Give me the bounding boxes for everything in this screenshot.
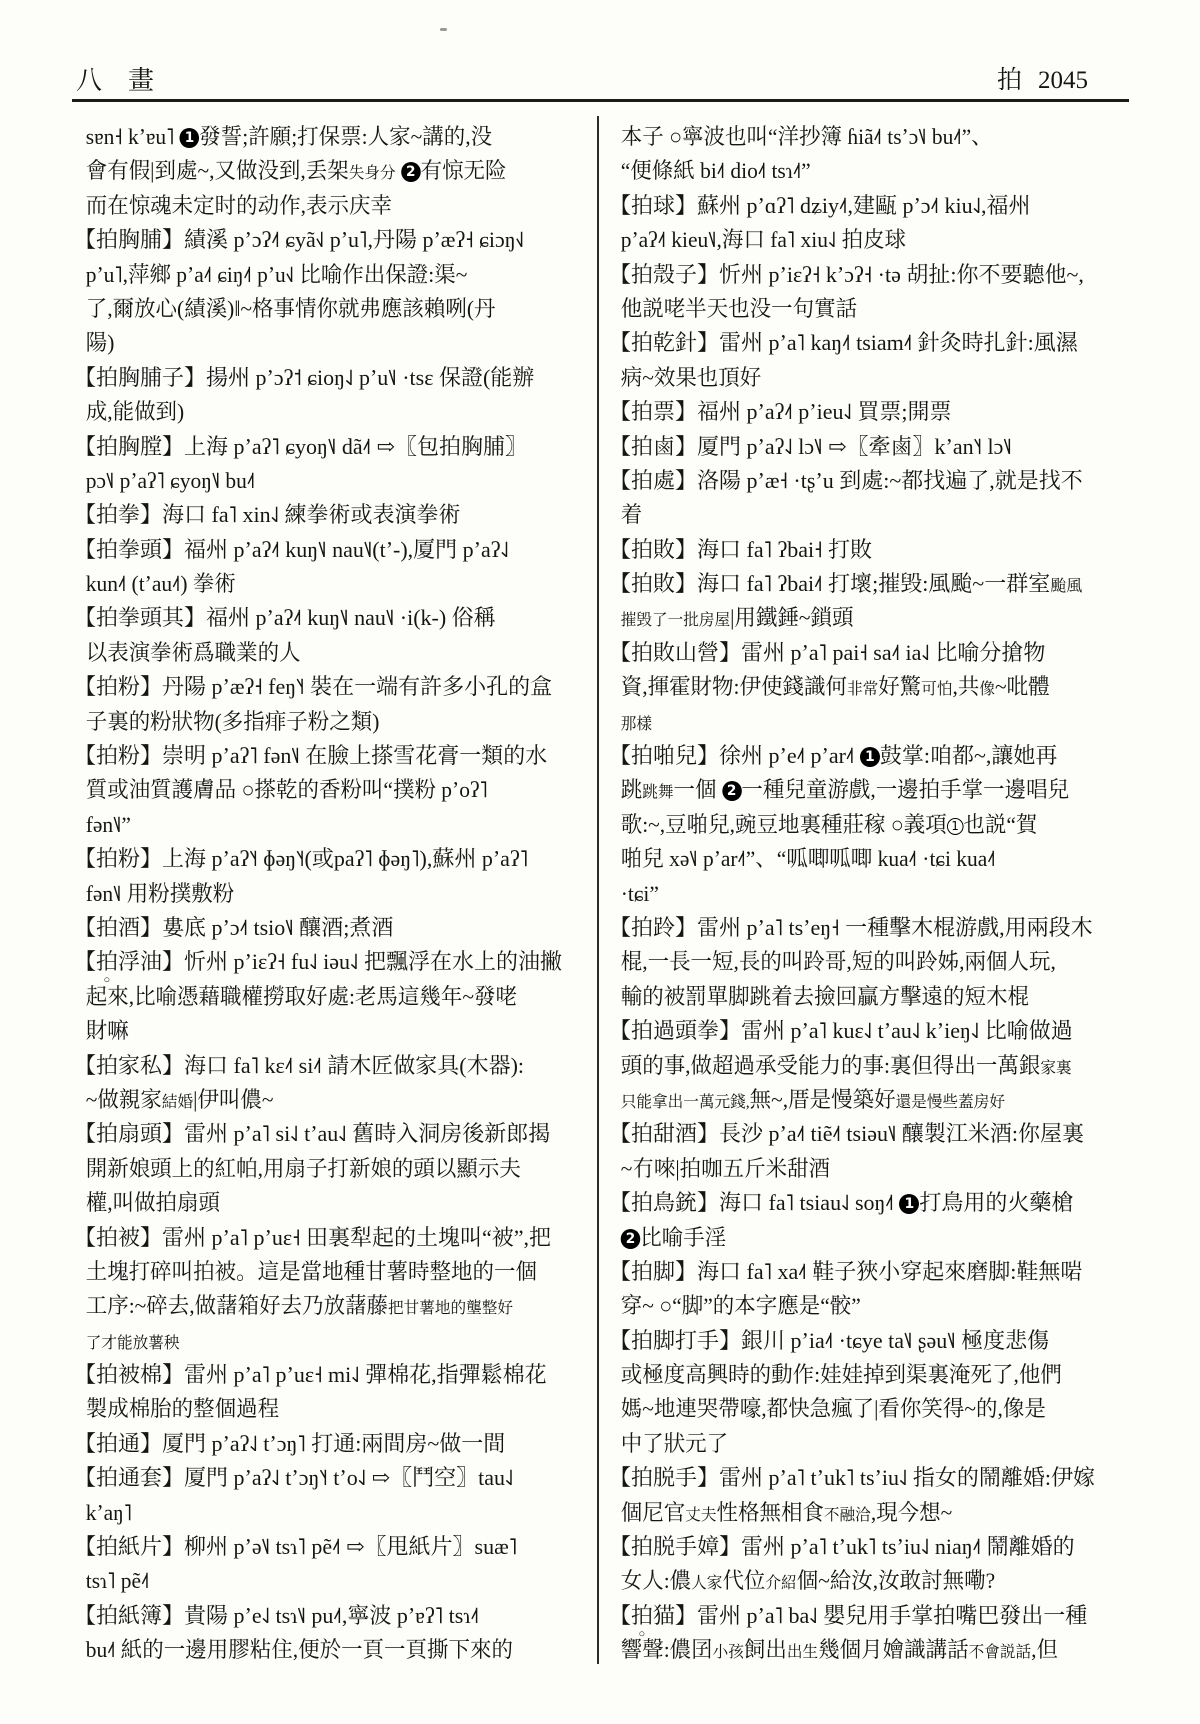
dict-line: 女人:儂人家代位介紹個~給汝,汝敢討無嘞? (609, 1564, 1113, 1598)
dict-line: 【拍敗】海口 fa˥ ʔbai˧ 打敗 (609, 533, 1125, 567)
dict-line: 【拍跉】雷州 pʼa˥ tsʼeŋ˧ 一種擊木棍游戲,用兩段木 (609, 911, 1125, 945)
text-run: 【拍粉】崇明 pʼaʔ˥ fən˥˩ 在臉上搽雪花膏一類的水 (74, 743, 547, 768)
dict-line: 【拍通】厦門 pʼaʔ˨˩ tʼɔŋ˥ 打通:兩間房~做一間 (74, 1427, 590, 1461)
dict-line: 【拍粉】上海 pʼaʔ˥˧ ɸəŋ˥˧(或paʔ˥ ɸəŋ˥),蘇州 pʼaʔ˥ (74, 842, 590, 876)
text-run: 陽) (86, 330, 115, 355)
dict-line: 【拍扇頭】雷州 pʼa˥ si˨˩ tʼau˨˩ 舊時入洞房後新郎揭 (74, 1117, 590, 1151)
text-run: 【拍紙簿】貴陽 pʼe˨˩ tsɿ˥˩ pu˨˦,寧波 pʼɐʔ˥ tsɿ˨˦ (74, 1603, 479, 1628)
dict-line: 【拍鹵】厦門 pʼaʔ˨˩ lɔ˥˩ ⇨〖牽鹵〗kʼan˥˧ lɔ˥˩ (609, 430, 1125, 464)
sense-number-badge: 1 (860, 747, 880, 767)
text-run: 土塊打碎叫拍被。這是當地種甘薯時整地的一個 (86, 1259, 537, 1284)
sense-number-badge: 1 (180, 128, 200, 148)
dict-line: tsɿ˥ pẽ˨˦ (74, 1564, 578, 1598)
text-run: 【拍被棉】雷州 pʼa˥ pʼuɛ˧ mi˨˩ 彈棉花,指彈鬆棉花 (74, 1362, 547, 1387)
text-run: pɔ˥˩ pʼaʔ˥ ɕyoŋ˥˩ bu˨˦ (86, 468, 255, 493)
dict-line: 資,揮霍財物:伊使錢識何非常好驚可怕,共像~吡體 (609, 670, 1113, 704)
dict-line: 【拍票】福州 pʼaʔ˨˦ pʼieu˨˩ 買票;開票 (609, 395, 1125, 429)
dict-line: 媽~地連哭帶嚎,都快急瘋了|看你笑得~的,像是 (609, 1392, 1113, 1426)
dict-line: 穿~ ○“脚”的本字應是“骹” (609, 1289, 1113, 1323)
dict-line: 他説咾半天也没一句實話 (609, 292, 1113, 326)
dict-line: 權,叫做拍扇頭 (74, 1186, 578, 1220)
text-run: 會有假|到處~,又做没到,丢架 (86, 158, 349, 183)
text-run: 【拍敗山營】雷州 pʼa˥ pai˧ sa˨˦ ia˨˩ 比喻分搶物 (609, 640, 1045, 665)
text-run: 【拍脱手嫜】雷州 pʼa˥ tʼuk˥ tsʼiu˨˩ niaŋ˨˦ 鬧離婚的 (609, 1534, 1075, 1559)
text-run: 起來,比喻憑藉職權撈取好處:老馬這幾年~發咾 (86, 984, 517, 1009)
dict-line: 起來,比喻憑藉職權撈取好處:老馬這幾年~發咾 (74, 980, 578, 1014)
dict-line: 了才能放薯秧 (74, 1324, 578, 1358)
text-run: “便條紙 bi˨˦ dio˨˦ tsɿ˨˦” (621, 158, 811, 183)
dict-line: 製成棉胎的整個過程 (74, 1392, 578, 1426)
text-run: 【拍脚】海口 fa˥ xa˨˦ 鞋子狹小穿起來磨脚:鞋無啱 (609, 1259, 1082, 1284)
text-run: 棍,一長一短,長的叫跉哥,短的叫跉姊,兩個人玩, (621, 949, 1056, 974)
dict-line: 【拍胸膛】上海 pʼaʔ˥ ɕyoŋ˥˩ dã˨˦ ⇨〖包拍胸脯〗 (74, 430, 590, 464)
text-run: 【拍啪兒】徐州 pʼe˨˦ pʼar˨˦ (609, 743, 860, 768)
dict-line: 【拍敗山營】雷州 pʼa˥ pai˧ sa˨˦ ia˨˩ 比喻分搶物 (609, 636, 1125, 670)
dict-line: 【拍啪兒】徐州 pʼe˨˦ pʼar˨˦ 1鼓掌:咱都~,讓她再 (609, 739, 1125, 773)
text-run: 打鳥用的火藥槍 (919, 1190, 1073, 1215)
text-run: 代位 (722, 1568, 765, 1593)
text-run: 【拍酒】婁底 pʼɔ˨˦ tsio˥˩ 釀酒;煮酒 (74, 915, 393, 940)
text-run: ~冇唻|拍咖五斤米甜酒 (621, 1156, 830, 1181)
dict-line: 跳跳舞一個 2一種兒童游戲,一邊拍手掌一邊唱兒 (609, 773, 1113, 807)
annotation-small: 介紹 (765, 1575, 796, 1592)
annotation-small: 颱風 (1050, 578, 1082, 595)
dict-line: 【拍鳥銃】海口 fa˥ tsiau˨˩ soŋ˨˦ 1打鳥用的火藥槍 (609, 1186, 1125, 1220)
text-run: 着 (621, 502, 643, 527)
text-run: 頭的事,做超過承受能力的事:裏但得出一萬銀 (621, 1053, 1041, 1078)
text-run: 好驚 (878, 674, 921, 699)
text-run: 【拍鹵】厦門 pʼaʔ˨˩ lɔ˥˩ ⇨〖牽鹵〗kʼan˥˧ lɔ˥˩ (609, 434, 1012, 459)
annotation-small: 結婚 (162, 1094, 193, 1111)
text-run: 【 (609, 1603, 631, 1628)
dict-line: 【拍脚】海口 fa˥ xa˨˦ 鞋子狹小穿起來磨脚:鞋無啱 (609, 1255, 1125, 1289)
text-run: ·tɕi” (621, 881, 659, 906)
dict-line: 響聲:儂囝小孩飼出出生幾個月嬒識講話不會説話,但 (609, 1633, 1113, 1667)
text-run: kʼaŋ˥ (86, 1500, 132, 1525)
annotation-small: 失身分 (349, 165, 396, 182)
text-run: ,但 (1031, 1637, 1058, 1662)
dict-line: 子裏的粉狀物(多指痱子粉之類) (74, 705, 578, 739)
text-run: 【拍拳頭】福州 pʼaʔ˨˦ kuŋ˥˩ nau˥˩(tʼ-),厦門 pʼaʔ˨… (74, 537, 509, 562)
dict-line: 着 (609, 498, 1113, 532)
dict-line: 頭的事,做超過承受能力的事:裏但得出一萬銀家裏 (609, 1049, 1113, 1083)
text-run: 【拍敗】海口 fa˥ ʔbai˧ 打敗 (609, 537, 872, 562)
ring-marked-char: 拍 (96, 949, 118, 974)
dict-line: kun˨˦ (tʼau˨˦) 拳術 (74, 567, 578, 601)
text-run: 【拍粉】上海 pʼaʔ˥˧ ɸəŋ˥˧(或paʔ˥ ɸəŋ˥),蘇州 pʼaʔ˥ (74, 846, 528, 871)
dict-line: 2比喻手淫 (609, 1221, 1113, 1255)
dict-line: 【拍酒】婁底 pʼɔ˨˦ tsio˥˩ 釀酒;煮酒 (74, 911, 590, 945)
text-run: 無~,厝是慢築好 (750, 1087, 896, 1112)
page-number: 2045 (1038, 67, 1088, 94)
dict-line: ~冇唻|拍咖五斤米甜酒 (609, 1152, 1113, 1186)
text-run: 【拍胸膛】上海 pʼaʔ˥ ɕyoŋ˥˩ dã˨˦ ⇨〖包拍胸脯〗 (74, 434, 527, 459)
dict-line: 歌:~,豆啪兒,豌豆地裏種莊稼 ○義項1也説“賀 (609, 808, 1113, 842)
text-run: ~做親家 (86, 1087, 162, 1112)
dict-line: 只能拿出一萬元錢,無~,厝是慢築好還是慢些蓋房好 (609, 1083, 1113, 1117)
dict-line: 質或油質護膚品 ○搽乾的香粉叫“撲粉 pʼoʔ˥ (74, 773, 578, 807)
annotation-small: 摧毁了一批房屋 (621, 612, 730, 629)
dict-line: 【拍甜酒】長沙 pʼa˨˦ tiẽ˨˦ tsiəu˥˩ 釀製江米酒:你屋裏 (609, 1117, 1125, 1151)
dict-line: pʼu˥,萍鄉 pʼa˨˦ ɕiŋ˨˦ pʼu˧˩ 比喻作出保證:渠~ (74, 258, 578, 292)
text-run: 【拍跉】雷州 pʼa˥ tsʼeŋ˧ 一種擊木棍游戲,用兩段木 (609, 915, 1093, 940)
annotation-small: 出生 (787, 1644, 818, 1661)
sense-number-badge: 2 (722, 781, 742, 801)
text-run: 響聲:儂囝 (621, 1637, 713, 1662)
text-run: 一種兒童游戲,一邊拍手掌一邊唱兒 (741, 777, 1069, 802)
text-run: bu˨˦ 紙的一邊用膠粘住,便於一頁一頁撕下來的 (86, 1637, 513, 1662)
text-run: 歌:~,豆啪兒,豌豆地裏種莊稼 ○義項 (621, 812, 947, 837)
dict-line: fən˥˩ 用粉撲敷粉 (74, 877, 578, 911)
dict-line: 土塊打碎叫拍被。這是當地種甘薯時整地的一個 (74, 1255, 578, 1289)
text-run: 猫】雷州 pʼa˥ ba˨˩ 嬰兒用手掌拍嘴巴發出一種 (653, 1603, 1087, 1628)
sense-number-badge: 2 (401, 162, 421, 182)
header-section-title: 八 畫 (76, 60, 154, 97)
text-run: 個尼官 (621, 1500, 685, 1525)
text-run: pʼu˥,萍鄉 pʼa˨˦ ɕiŋ˨˦ pʼu˧˩ 比喻作出保證:渠~ (86, 262, 468, 287)
dict-line: 個尼官丈夫性格無相食不融洽,現今想~ (609, 1496, 1113, 1530)
dict-line: 了,爾放心(績溪)‖~格事情你就弗應該賴咧(丹 (74, 292, 578, 326)
text-run: 【拍拳頭其】福州 pʼaʔ˨˦ kuŋ˥˩ nau˥˩ ·i(k-) 俗稱 (74, 605, 496, 630)
text-run: 財嘛 (86, 1018, 129, 1043)
text-run: |伊叫儂~ (193, 1087, 273, 1112)
text-run: 中了狀元了 (621, 1431, 728, 1456)
dict-line: 【拍紙簿】貴陽 pʼe˨˩ tsɿ˥˩ pu˨˦,寧波 pʼɐʔ˥ tsɿ˨˦ (74, 1599, 590, 1633)
dict-line: 本子 ○寧波也叫“洋抄簿 ɦiã˨˦ tsʼɔ˥˩ bu˨˦”、 (609, 120, 1113, 154)
text-run: 【拍處】洛陽 pʼæ˧ ·tʂʼu 到處:~都找遍了,就是找不 (609, 468, 1083, 493)
text-run: 子裏的粉狀物(多指痱子粉之類) (86, 709, 380, 734)
circled-sense-ref: 1 (947, 818, 964, 835)
dict-line: 【拍家私】海口 fa˥ kɛ˨˦ si˨˦ 請木匠做家具(木器): (74, 1049, 590, 1083)
annotation-small: 了才能放薯秧 (86, 1335, 180, 1352)
dict-line: 或極度高興時的動作:娃娃掉到渠裏淹死了,他們 (609, 1358, 1113, 1392)
dict-line: 【拍胸脯子】揚州 pʼɔʔ˦ ɕioŋ˨˩ pʼu˥˩ ·tsɛ 保證(能辦 (74, 361, 590, 395)
text-run: 【拍脱手】雷州 pʼa˥ tʼuk˥ tsʼiu˨˩ 指女的鬧離婚:伊嫁 (609, 1465, 1095, 1490)
text-run: 浮油】忻州 pʼiɛʔ˧ fu˨˩ iəu˨˩ 把飄浮在水上的油撇 (118, 949, 562, 974)
dict-line: 【拍處】洛陽 pʼæ˧ ·tʂʼu 到處:~都找遍了,就是找不 (609, 464, 1125, 498)
text-run: 【拍票】福州 pʼaʔ˨˦ pʼieu˨˩ 買票;開票 (609, 399, 952, 424)
text-run: 本子 ○寧波也叫“洋抄簿 ɦiã˨˦ tsʼɔ˥˩ bu˨˦”、 (621, 124, 993, 149)
text-run: 【拍鳥銃】海口 fa˥ tsiau˨˩ soŋ˨˦ (609, 1190, 899, 1215)
sense-number-badge: 2 (621, 1229, 641, 1249)
left-column: sɐn˧ kʼɐu˥ 1發誓;許願;打保票:人家~講的,没會有假|到處~,又做没… (74, 120, 590, 1668)
ring-marked-char: 拍 (631, 1603, 653, 1628)
annotation-small: 跳舞 (642, 784, 673, 801)
dict-line: 而在惊魂未定时的动作,表示庆幸 (74, 189, 578, 223)
text-run: 也説“賀 (963, 812, 1037, 837)
text-run: 個~給汝,汝敢討無嘞? (797, 1568, 995, 1593)
text-run: 【 (74, 949, 96, 974)
text-run: 幾個月嬒識講話 (818, 1637, 968, 1662)
dict-line: sɐn˧ kʼɐu˥ 1發誓;許願;打保票:人家~講的,没 (74, 120, 578, 154)
annotation-small: 丈夫 (685, 1507, 716, 1524)
dict-line: pʼaʔ˨˦ kieu˥˩,海口 fa˥ xiu˨˩ 拍皮球 (609, 223, 1113, 257)
dict-line: 啪兒 xə˥˩ pʼar˨˦”、“呱唧呱唧 kua˨˦ ·tɕi kua˨˦ (609, 842, 1113, 876)
text-run: 【拍粉】丹陽 pʼæʔ˧ feŋ˥˧ 裝在一端有許多小孔的盒 (74, 674, 552, 699)
text-run: fən˥˩” (86, 812, 131, 837)
text-run: 啪兒 xə˥˩ pʼar˨˦”、“呱唧呱唧 kua˨˦ ·tɕi kua˨˦ (621, 846, 996, 871)
text-run: 工序:~碎去,做藷箱好去乃放藷藤 (86, 1293, 388, 1318)
text-run: 發誓;許願;打保票:人家~講的,没 (199, 124, 492, 149)
text-run: 性格無相食 (716, 1500, 823, 1525)
text-run: fən˥˩ 用粉撲敷粉 (86, 881, 234, 906)
column-divider (597, 116, 599, 1664)
annotation-small: 家裏 (1040, 1060, 1071, 1077)
annotation-small: 不融洽 (824, 1507, 871, 1524)
annotation-small: 非常 (847, 681, 878, 698)
text-run: ~吡體 (995, 674, 1050, 699)
dict-line: 輸的被罰單脚跳着去撿回贏方擊遠的短木棍 (609, 980, 1113, 1014)
text-run: 質或油質護膚品 ○搽乾的香粉叫“撲粉 pʼoʔ˥ (86, 777, 488, 802)
dict-line: bu˨˦ 紙的一邊用膠粘住,便於一頁一頁撕下來的 (74, 1633, 578, 1667)
scan-speck (440, 28, 447, 31)
text-run: 【拍扇頭】雷州 pʼa˥ si˨˩ tʼau˨˩ 舊時入洞房後新郎揭 (74, 1121, 550, 1146)
dict-line: 【拍過頭拳】雷州 pʼa˥ kuɛ˨˩ tʼau˨˩ kʼieŋ˨˩ 比喻做過 (609, 1014, 1125, 1048)
text-run: 輸的被罰單脚跳着去撿回贏方擊遠的短木棍 (621, 984, 1029, 1009)
text-run: 飼出 (744, 1637, 787, 1662)
text-run: 成,能做到) (86, 399, 184, 424)
text-run: 【拍甜酒】長沙 pʼa˨˦ tiẽ˨˦ tsiəu˥˩ 釀製江米酒:你屋裏 (609, 1121, 1084, 1146)
dict-line: 中了狀元了 (609, 1427, 1113, 1461)
text-run: 【拍胸脯子】揚州 pʼɔʔ˦ ɕioŋ˨˩ pʼu˥˩ ·tsɛ 保證(能辦 (74, 365, 534, 390)
text-run: ,共 (952, 674, 979, 699)
dict-line: ·tɕi” (609, 877, 1113, 911)
text-run: 【拍脚打手】銀川 pʼia˨˦ ·tɕye ta˥˩ ʂəu˥˩ 極度悲傷 (609, 1328, 1049, 1353)
text-run: 女人:儂 (621, 1568, 691, 1593)
text-run: kun˨˦ (tʼau˨˦) 拳術 (86, 571, 236, 596)
dict-line: 【拍通套】厦門 pʼaʔ˨˩ tʼɔŋ˥˧ tʼo˨˩ ⇨〖鬥空〗tau˨˩ (74, 1461, 590, 1495)
annotation-small: 不會説話 (969, 1644, 1032, 1661)
dict-line: 成,能做到) (74, 395, 578, 429)
text-run: 【拍乾針】雷州 pʼa˥ kaŋ˨˦ tsiam˨˦ 針灸時扎針:風濕 (609, 330, 1078, 355)
dict-line: 工序:~碎去,做藷箱好去乃放藷藤把甘薯地的壟整好 (74, 1289, 578, 1323)
text-run: 跳 (621, 777, 643, 802)
dict-line: ~做親家結婚|伊叫儂~ (74, 1083, 578, 1117)
right-column: 本子 ○寧波也叫“洋抄簿 ɦiã˨˦ tsʼɔ˥˩ bu˨˦”、“便條紙 bi˨… (609, 120, 1125, 1668)
text-run: 製成棉胎的整個過程 (86, 1396, 279, 1421)
text-run: 媽~地連哭帶嚎,都快急瘋了|看你笑得~的,像是 (621, 1396, 1046, 1421)
text-run: pʼaʔ˨˦ kieu˥˩,海口 fa˥ xiu˨˩ 拍皮球 (621, 227, 906, 252)
header-guide-char: 拍 (997, 67, 1022, 94)
text-run: 或極度高興時的動作:娃娃掉到渠裏淹死了,他們 (621, 1362, 1062, 1387)
annotation-small: 人家 (691, 1575, 722, 1592)
text-run: 病~效果也頂好 (621, 365, 762, 390)
dict-line: 【拍拳】海口 fa˥ xin˨˩ 練拳術或表演拳術 (74, 498, 590, 532)
text-run: 【拍拳】海口 fa˥ xin˨˩ 練拳術或表演拳術 (74, 502, 461, 527)
dict-line: 【拍粉】丹陽 pʼæʔ˧ feŋ˥˧ 裝在一端有許多小孔的盒 (74, 670, 590, 704)
dict-line: 【拍猫】雷州 pʼa˥ ba˨˩ 嬰兒用手掌拍嘴巴發出一種 (609, 1599, 1125, 1633)
text-run: 鼓掌:咱都~,讓她再 (880, 743, 1058, 768)
text-run: 【拍紙片】柳州 pʼə˥˩ tsɿ˥ pẽ˨˦ ⇨〖甩紙片〗suæ˥ (74, 1534, 517, 1559)
text-run: 【拍殼子】忻州 pʼiɛʔ˧ kʼɔʔ˧ ·tə 胡扯:你不要聽他~, (609, 262, 1084, 287)
dict-line: 摧毁了一批房屋|用鐵錘~鎖頭 (609, 601, 1113, 635)
dict-line: 開新娘頭上的紅帕,用扇子打新娘的頭以顯示夫 (74, 1152, 578, 1186)
dict-line: 會有假|到處~,又做没到,丢架失身分 2有惊无险 (74, 154, 578, 188)
text-run: |用鐵錘~鎖頭 (730, 605, 853, 630)
dictionary-page: { "header": { "section": "八 畫", "headwor… (0, 0, 1200, 1724)
dict-line: 【拍殼子】忻州 pʼiɛʔ˧ kʼɔʔ˧ ·tə 胡扯:你不要聽他~, (609, 258, 1125, 292)
dict-line: 【拍敗】海口 fa˥ ʔbai˨˦ 打壞;摧毁:風颱~一群室颱風 (609, 567, 1125, 601)
text-run: ,現今想~ (871, 1500, 952, 1525)
dict-line: 【拍被棉】雷州 pʼa˥ pʼuɛ˧ mi˨˩ 彈棉花,指彈鬆棉花 (74, 1358, 590, 1392)
annotation-small: 像 (979, 681, 995, 698)
annotation-small: 可怕 (921, 681, 952, 698)
text-run: 【拍被】雷州 pʼa˥ pʼuɛ˧ 田裏犁起的土塊叫“被”,把 (74, 1225, 551, 1250)
text-run: 比喻手淫 (640, 1225, 726, 1250)
dict-line: 【拍胸脯】績溪 pʼɔʔ˨˦ ɕyã˧˩ pʼu˥,丹陽 pʼæʔ˧ ɕiɔŋ˧… (74, 223, 590, 257)
text-run: 【拍球】蘇州 pʼɑʔ˥ dʑiy˨˦,建甌 pʼɔ˨˦ kiu˨˩,福州 (609, 193, 1031, 218)
header-rule (72, 99, 1129, 102)
dict-line: 【拍浮油】忻州 pʼiɛʔ˧ fu˨˩ iəu˨˩ 把飄浮在水上的油撇 (74, 945, 590, 979)
text-run: 他説咾半天也没一句實話 (621, 296, 857, 321)
dict-line: 【拍乾針】雷州 pʼa˥ kaŋ˨˦ tsiam˨˦ 針灸時扎針:風濕 (609, 326, 1125, 360)
dict-line: 【拍脱手嫜】雷州 pʼa˥ tʼuk˥ tsʼiu˨˩ niaŋ˨˦ 鬧離婚的 (609, 1530, 1125, 1564)
dict-line: 陽) (74, 326, 578, 360)
text-run: 有惊无险 (421, 158, 507, 183)
text-run: 了,爾放心(績溪)‖~格事情你就弗應該賴咧(丹 (86, 296, 496, 321)
dict-line: 【拍脚打手】銀川 pʼia˨˦ ·tɕye ta˥˩ ʂəu˥˩ 極度悲傷 (609, 1324, 1125, 1358)
dict-line: “便條紙 bi˨˦ dio˨˦ tsɿ˨˦” (609, 154, 1113, 188)
dict-line: 財嘛 (74, 1014, 578, 1048)
dict-line: 棍,一長一短,長的叫跉哥,短的叫跉姊,兩個人玩, (609, 945, 1113, 979)
dict-line: 那樣 (609, 705, 1113, 739)
text-run: 一個 (673, 777, 721, 802)
sense-number-badge: 1 (899, 1194, 919, 1214)
text-run: 【拍家私】海口 fa˥ kɛ˨˦ si˨˦ 請木匠做家具(木器): (74, 1053, 524, 1078)
text-run: 權,叫做拍扇頭 (86, 1190, 220, 1215)
text-run: 【拍過頭拳】雷州 pʼa˥ kuɛ˨˩ tʼau˨˩ kʼieŋ˨˩ 比喻做過 (609, 1018, 1073, 1043)
text-run: 而在惊魂未定时的动作,表示庆幸 (86, 193, 392, 218)
annotation-small: 只能拿出一萬元錢, (621, 1094, 750, 1111)
dict-line: 以表演拳術爲職業的人 (74, 636, 578, 670)
text-run: 以表演拳術爲職業的人 (86, 640, 301, 665)
header-guide: 拍2045 (997, 60, 1088, 96)
dict-line: 【拍被】雷州 pʼa˥ pʼuɛ˧ 田裏犁起的土塊叫“被”,把 (74, 1221, 590, 1255)
text-run: 【拍敗】海口 fa˥ ʔbai˨˦ 打壞;摧毁:風颱~一群室 (609, 571, 1050, 596)
text-run: 【拍胸脯】績溪 pʼɔʔ˨˦ ɕyã˧˩ pʼu˥,丹陽 pʼæʔ˧ ɕiɔŋ˧… (74, 227, 524, 252)
text-run: sɐn˧ kʼɐu˥ (86, 124, 180, 149)
dict-line: 【拍粉】崇明 pʼaʔ˥ fən˥˩ 在臉上搽雪花膏一類的水 (74, 739, 590, 773)
dict-line: 病~效果也頂好 (609, 361, 1113, 395)
dict-line: 【拍球】蘇州 pʼɑʔ˥ dʑiy˨˦,建甌 pʼɔ˨˦ kiu˨˩,福州 (609, 189, 1125, 223)
dict-line: 【拍紙片】柳州 pʼə˥˩ tsɿ˥ pẽ˨˦ ⇨〖甩紙片〗suæ˥ (74, 1530, 590, 1564)
dict-line: 【拍拳頭其】福州 pʼaʔ˨˦ kuŋ˥˩ nau˥˩ ·i(k-) 俗稱 (74, 601, 590, 635)
text-run: 資,揮霍財物:伊使錢識何 (621, 674, 847, 699)
dict-line: 【拍脱手】雷州 pʼa˥ tʼuk˥ tsʼiu˨˩ 指女的鬧離婚:伊嫁 (609, 1461, 1125, 1495)
dict-line: 【拍拳頭】福州 pʼaʔ˨˦ kuŋ˥˩ nau˥˩(tʼ-),厦門 pʼaʔ˨… (74, 533, 590, 567)
text-run: 【拍通套】厦門 pʼaʔ˨˩ tʼɔŋ˥˧ tʼo˨˩ ⇨〖鬥空〗tau˨˩ (74, 1465, 513, 1490)
dict-line: kʼaŋ˥ (74, 1496, 578, 1530)
annotation-small: 那樣 (621, 716, 652, 733)
dict-line: fən˥˩” (74, 808, 578, 842)
text-run: 【拍通】厦門 pʼaʔ˨˩ tʼɔŋ˥ 打通:兩間房~做一間 (74, 1431, 505, 1456)
text-run: tsɿ˥ pẽ˨˦ (86, 1568, 150, 1593)
text-run: 開新娘頭上的紅帕,用扇子打新娘的頭以顯示夫 (86, 1156, 521, 1181)
dict-line: pɔ˥˩ pʼaʔ˥ ɕyoŋ˥˩ bu˨˦ (74, 464, 578, 498)
annotation-small: 還是慢些蓋房好 (896, 1094, 1005, 1111)
annotation-small: 小孩 (713, 1644, 744, 1661)
annotation-small: 把甘薯地的壟整好 (388, 1300, 513, 1317)
text-run: 穿~ ○“脚”的本字應是“骹” (621, 1293, 861, 1318)
